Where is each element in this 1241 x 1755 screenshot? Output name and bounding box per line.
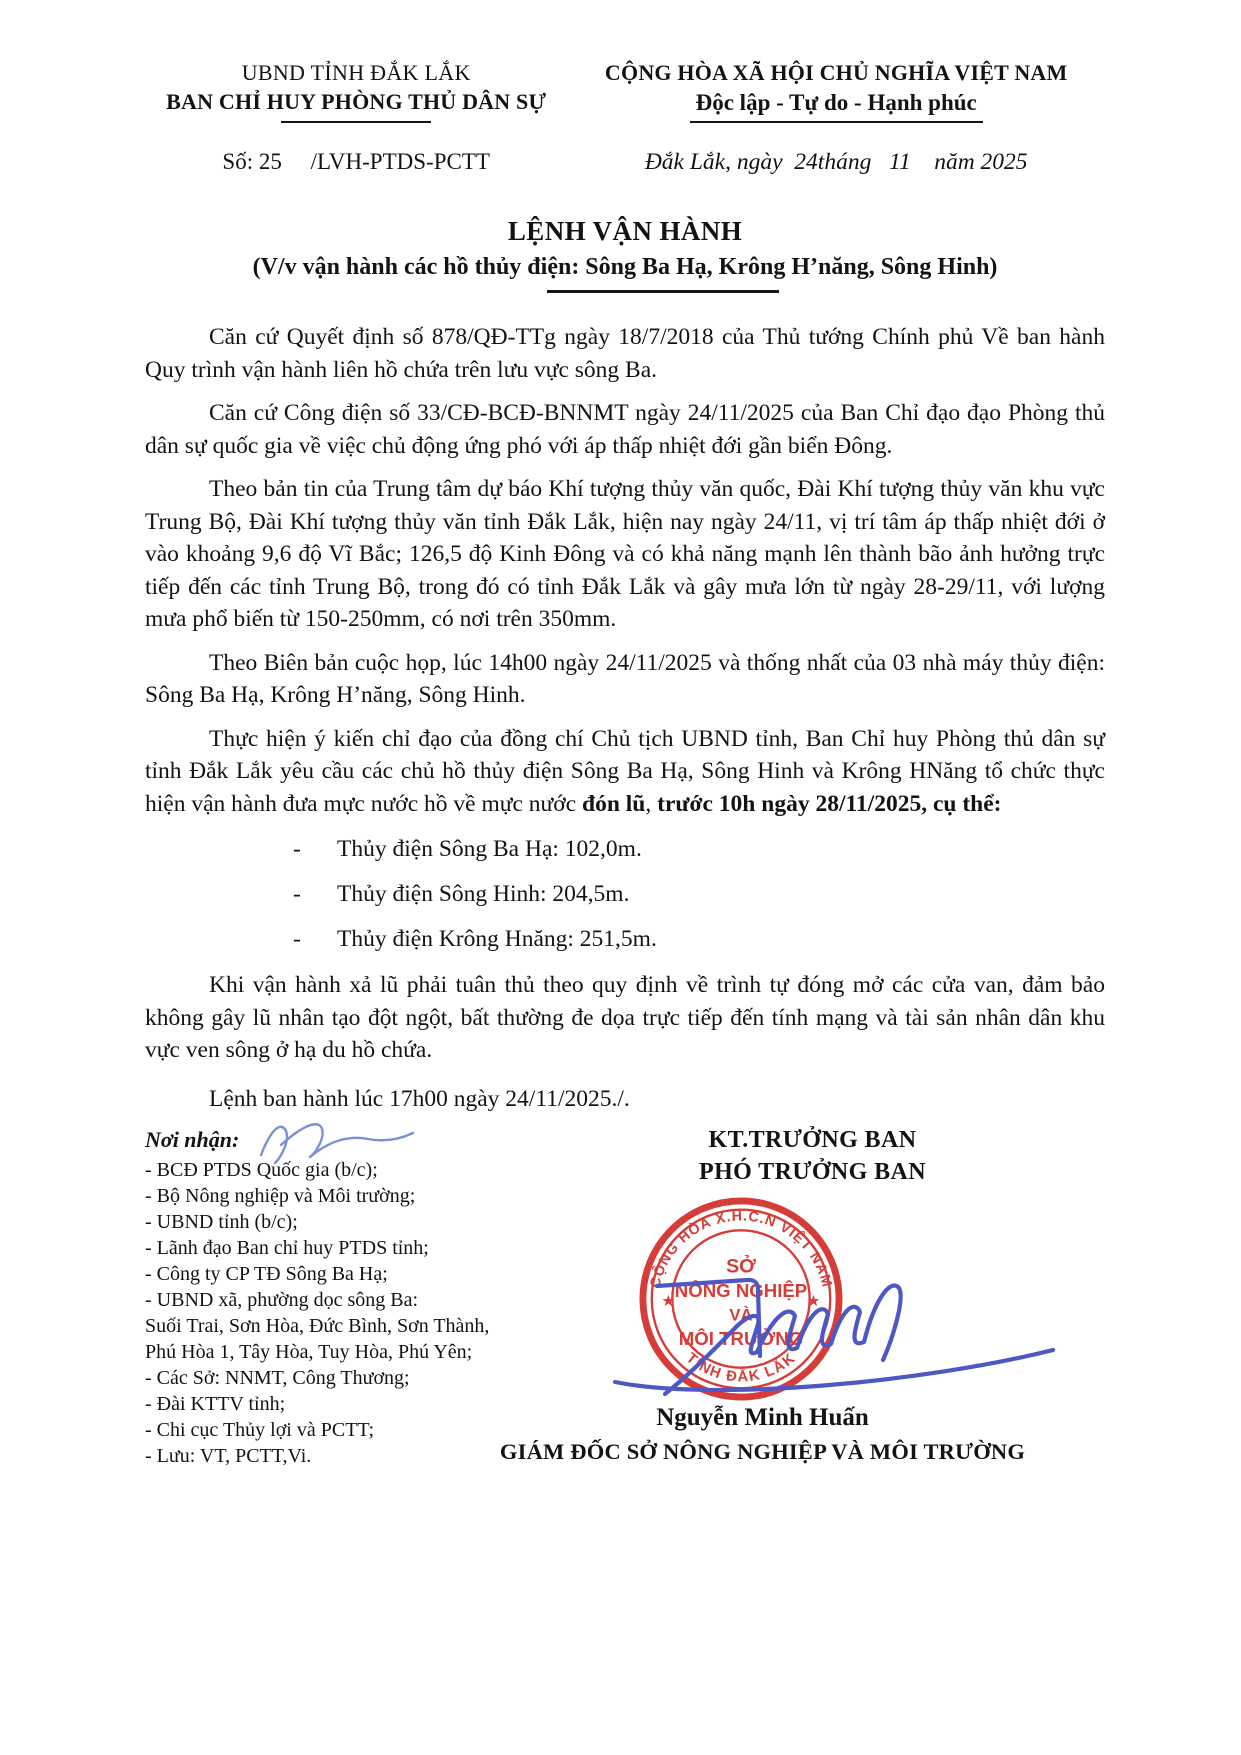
recipients-label-text: Nơi nhận:	[145, 1127, 239, 1152]
recipient-line: - Lãnh đạo Ban chỉ huy PTDS tỉnh;	[145, 1235, 520, 1261]
signer-authority: KT.TRƯỞNG BAN	[520, 1127, 1105, 1154]
list-item: - Thủy điện Sông Hinh: 204,5m.	[293, 879, 1105, 909]
subtitle-underline	[547, 290, 779, 293]
paragraph-2: Căn cứ Công điện số 33/CĐ-BCĐ-BNNMT ngày…	[145, 397, 1105, 462]
national-motto-line2: Độc lập - Tự do - Hạnh phúc	[690, 90, 983, 123]
paragraph-closing: Khi vận hành xả lũ phải tuân thủ theo qu…	[145, 969, 1105, 1067]
seal-and-signature-area: CỘNG HÒA X.H.C.N VIỆT NAM TỈNH ĐẮK LẮK ★…	[520, 1186, 1105, 1404]
document-page: UBND TỈNH ĐẮK LẮK BAN CHỈ HUY PHÒNG THỦ …	[0, 0, 1241, 1755]
number-date-row: Số: 25 /LVH-PTDS-PCTT Đắk Lắk, ngày 24th…	[145, 149, 1105, 176]
directive-separator: ,	[645, 791, 657, 817]
document-body: Căn cứ Quyết định số 878/QĐ-TTg ngày 18/…	[145, 321, 1105, 1115]
date-line: Đắk Lắk, ngày 24tháng 11 năm 2025	[567, 149, 1105, 176]
issuing-org-block: UBND TỈNH ĐẮK LẮK BAN CHỈ HUY PHÒNG THỦ …	[145, 60, 567, 123]
bullet-text: Thủy điện Sông Hinh: 204,5m.	[337, 879, 629, 909]
bottom-section: Nơi nhận: - BCĐ PTDS Quốc gia (b/c); - B…	[145, 1127, 1105, 1469]
paragraph-directive: Thực hiện ý kiến chỉ đạo của đồng chí Ch…	[145, 723, 1105, 821]
bullet-dash: -	[293, 924, 337, 954]
bullet-dash: -	[293, 834, 337, 864]
document-header: UBND TỈNH ĐẮK LẮK BAN CHỈ HUY PHÒNG THỦ …	[145, 60, 1105, 123]
signer-role: PHÓ TRƯỞNG BAN	[520, 1159, 1105, 1186]
recipients-block: Nơi nhận: - BCĐ PTDS Quốc gia (b/c); - B…	[145, 1127, 520, 1469]
handwritten-initial	[253, 1113, 423, 1171]
org-underline	[281, 121, 431, 123]
recipient-line: - Lưu: VT, PCTT,Vi.	[145, 1443, 520, 1469]
national-header-block: CỘNG HÒA XÃ HỘI CHỦ NGHĨA VIỆT NAM Độc l…	[567, 60, 1105, 123]
recipient-line: - Bộ Nông nghiệp và Môi trường;	[145, 1183, 520, 1209]
paragraph-3: Theo bản tin của Trung tâm dự báo Khí tư…	[145, 473, 1105, 636]
doc-subtitle: (V/v vận hành các hồ thủy điện: Sông Ba …	[145, 254, 1105, 281]
recipient-line: - Đài KTTV tỉnh;	[145, 1391, 520, 1417]
signer-name: Nguyễn Minh Huấn	[470, 1404, 1055, 1432]
recipient-line: - Công ty CP TĐ Sông Ba Hạ;	[145, 1261, 520, 1287]
issued-line: Lệnh ban hành lúc 17h00 ngày 24/11/2025.…	[145, 1083, 1105, 1116]
recipient-line: - Chi cục Thủy lợi và PCTT;	[145, 1417, 520, 1443]
paragraph-4: Theo Biên bản cuộc họp, lúc 14h00 ngày 2…	[145, 647, 1105, 712]
doc-number: Số: 25 /LVH-PTDS-PCTT	[145, 149, 567, 176]
signature-stroke	[615, 1350, 1053, 1390]
paragraph-1: Căn cứ Quyết định số 878/QĐ-TTg ngày 18/…	[145, 321, 1105, 386]
doc-title: LỆNH VẬN HÀNH	[145, 216, 1105, 247]
signer-identity: Nguyễn Minh Huấn GIÁM ĐỐC SỞ NÔNG NGHIỆP…	[470, 1404, 1055, 1465]
national-motto-line1: CỘNG HÒA XÃ HỘI CHỦ NGHĨA VIỆT NAM	[567, 60, 1105, 86]
bullet-text: Thủy điện Sông Ba Hạ: 102,0m.	[337, 834, 642, 864]
directive-bold-flood: đón lũ	[582, 791, 645, 817]
org-name: BAN CHỈ HUY PHÒNG THỦ DÂN SỰ	[145, 89, 567, 115]
signer-position: GIÁM ĐỐC SỞ NÔNG NGHIỆP VÀ MÔI TRƯỜNG	[470, 1439, 1055, 1465]
bullet-text: Thủy điện Krông Hnăng: 251,5m.	[337, 924, 657, 954]
signature-block: KT.TRƯỞNG BAN PHÓ TRƯỞNG BAN CỘNG HÒ	[520, 1127, 1105, 1469]
list-item: - Thủy điện Krông Hnăng: 251,5m.	[293, 924, 1105, 954]
recipients-label: Nơi nhận:	[145, 1127, 520, 1153]
recipient-line: - UBND xã, phường dọc sông Ba:	[145, 1287, 520, 1313]
recipient-line: - UBND tỉnh (b/c);	[145, 1209, 520, 1235]
title-block: LỆNH VẬN HÀNH (V/v vận hành các hồ thủy …	[145, 216, 1105, 293]
signature-scribble	[595, 1254, 1085, 1414]
bullet-dash: -	[293, 879, 337, 909]
recipient-line: Phú Hòa 1, Tây Hòa, Tuy Hòa, Phú Yên;	[145, 1339, 520, 1365]
reservoir-level-list: - Thủy điện Sông Ba Hạ: 102,0m. - Thủy đ…	[293, 834, 1105, 954]
list-item: - Thủy điện Sông Ba Hạ: 102,0m.	[293, 834, 1105, 864]
org-parent: UBND TỈNH ĐẮK LẮK	[145, 60, 567, 86]
recipient-line: Suối Trai, Sơn Hòa, Đức Bình, Sơn Thành,	[145, 1313, 520, 1339]
directive-bold-deadline: trước 10h ngày 28/11/2025, cụ thể:	[657, 791, 1001, 817]
recipient-line: - Các Sở: NNMT, Công Thương;	[145, 1365, 520, 1391]
signature-stroke	[665, 1285, 901, 1394]
